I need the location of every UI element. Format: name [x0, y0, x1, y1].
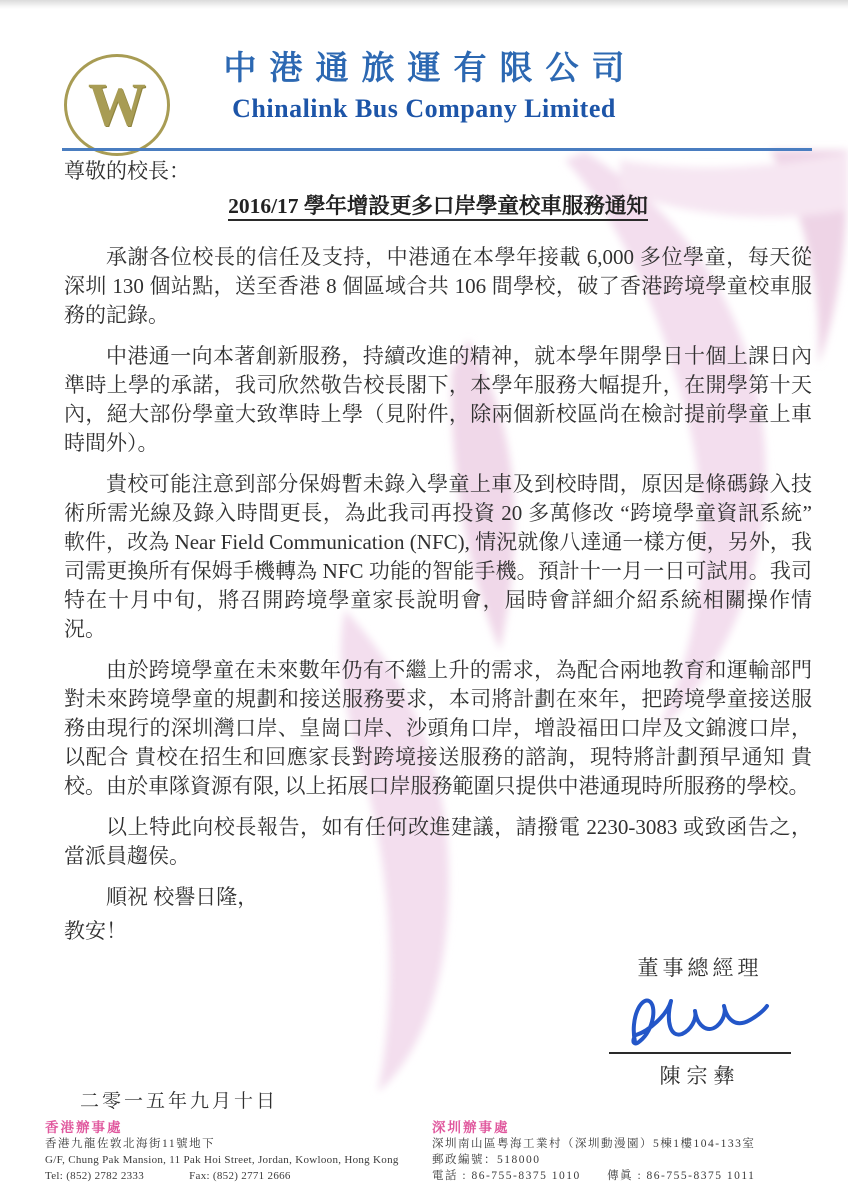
salutation: 尊敬的校長： — [64, 158, 812, 184]
signer-name: 陳宗彝 — [600, 1060, 800, 1090]
sz-office-title: 深圳辦事處 — [432, 1120, 832, 1136]
paragraph-1: 承謝各位校長的信任及支持，中港通在本學年接載 6,000 多位學童，每天從深圳 … — [64, 243, 812, 330]
hk-office-title: 香港辦事處 — [45, 1120, 425, 1136]
company-name-english: Chinalink Bus Company Limited — [0, 93, 848, 125]
company-name-block: 中港通旅運有限公司 Chinalink Bus Company Limited — [0, 44, 848, 125]
sz-office-postal: 郵政編號：518000 — [432, 1152, 832, 1168]
letter-date: 二零一五年九月十日 — [80, 1086, 278, 1113]
sz-office-telfax: 電話 : 86-755-8375 1010 傳眞 : 86-755-8375 1… — [432, 1168, 832, 1184]
paragraph-5: 以上特此向校長報告，如有任何改進建議，請撥電 2230-3083 或致函告之，當… — [64, 813, 812, 871]
signature-block: 董事總經理 陳宗彝 — [600, 952, 800, 1090]
subject-title: 2016/17 學年增設更多口岸學童校車服務通知 — [228, 194, 648, 221]
hk-office-telfax: Tel: (852) 2782 2333 Fax: (852) 2771 266… — [45, 1168, 425, 1184]
letter-body: 尊敬的校長： 2016/17 學年增設更多口岸學童校車服務通知 承謝各位校長的信… — [64, 158, 812, 946]
closing-wish: 順祝 校譽日隆， — [64, 883, 812, 912]
hk-office-address-en: G/F, Chung Pak Mansion, 11 Pak Hoi Stree… — [45, 1152, 425, 1168]
letterhead: W 中港通旅運有限公司 Chinalink Bus Company Limite… — [0, 44, 848, 144]
sz-office-block: 深圳辦事處 深圳南山區粤海工業村（深圳動漫園）5棟1樓104-133室 郵政編號… — [432, 1120, 832, 1184]
company-name-chinese: 中港通旅運有限公司 — [0, 46, 848, 92]
subject-line-wrap: 2016/17 學年增設更多口岸學童校車服務通知 — [64, 190, 812, 225]
hk-office-address-zh: 香港九龍佐敦北海街11號地下 — [45, 1136, 425, 1152]
signer-title: 董事總經理 — [600, 952, 800, 982]
hk-office-fax: Fax: (852) 2771 2666 — [189, 1168, 291, 1184]
paragraph-2: 中港通一向本著創新服務，持續改進的精神，就本學年開學日十個上課日內準時上學的承諾… — [64, 342, 812, 458]
scanned-letter-page: W 中港通旅運有限公司 Chinalink Bus Company Limite… — [0, 0, 848, 1200]
header-divider-rule — [62, 148, 812, 151]
signature-autograph — [625, 992, 775, 1050]
sz-office-tel: 電話 : 86-755-8375 1010 — [432, 1168, 581, 1184]
closing-regards: 教安！ — [64, 917, 812, 946]
sz-office-fax: 傳眞 : 86-755-8375 1011 — [607, 1168, 755, 1184]
sz-office-address-zh: 深圳南山區粤海工業村（深圳動漫園）5棟1樓104-133室 — [432, 1136, 832, 1152]
paragraph-3: 貴校可能注意到部分保姆暫未錄入學童上車及到校時間，原因是條碼錄入技術所需光線及錄… — [64, 470, 812, 644]
hk-office-tel: Tel: (852) 2782 2333 — [45, 1168, 144, 1184]
paragraph-4: 由於跨境學童在未來數年仍有不繼上升的需求，為配合兩地教育和運輸部門對未來跨境學童… — [64, 656, 812, 801]
scan-edge-artifact — [0, 0, 848, 9]
hk-office-block: 香港辦事處 香港九龍佐敦北海街11號地下 G/F, Chung Pak Mans… — [45, 1120, 425, 1184]
signature-rule — [609, 1052, 791, 1054]
